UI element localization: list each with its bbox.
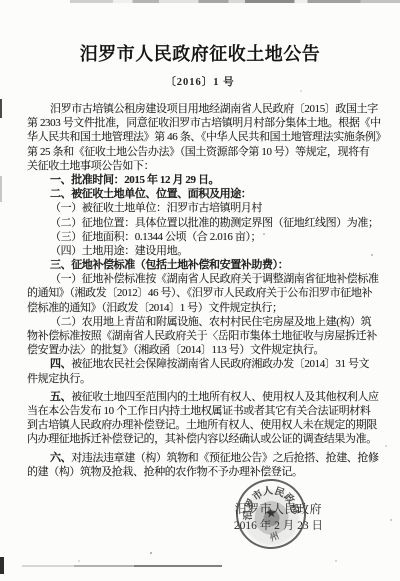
body-line: 当在本公告发布 10 个工作日内持土地权属证书或者其它有关合法证明材料 xyxy=(27,404,380,418)
body-line: （二）征地位置：具体位置以批准的勘测定界图（征地红线图）为准； xyxy=(27,216,380,230)
body-line: 的建（构）筑物及抢栽、抢种的农作物不予办理补偿登记。 xyxy=(27,465,380,479)
official-seal: 汨 罗 市 人 民 政 府 ★ 州 xyxy=(231,474,310,553)
seal-star-icon: ★ xyxy=(264,505,278,522)
section-heading-5: 五、被征收土地四至范围内的土地所有权人、使用权人及其他权利人应 xyxy=(27,390,380,404)
body-line: 偿标准的通知》（汨政发〔2014〕1 号）文件规定执行； xyxy=(27,301,380,315)
body-line: （二）农用地上青苗和附属设施、农村村民住宅房屋及地上建(构）筑 xyxy=(27,315,380,329)
body-line: 物补偿标准按照《湖南省人民政府关于〈岳阳市集体土地征收与房屋拆迁补 xyxy=(27,329,380,343)
scan-artifact-specks xyxy=(0,0,2,2)
scan-artifact-bottom-line xyxy=(22,565,222,567)
body-line: （一）被征收土地单位：汨罗市古培镇明月村 xyxy=(27,201,380,215)
body-line: （三）征地面积：0.1344 公顷（合 2.016 亩）； xyxy=(27,230,380,244)
scan-artifact-left-mark xyxy=(0,99,2,118)
section-heading-2: 二、被征收土地单位、位置、面积及用途： xyxy=(27,187,380,201)
section-heading-1: 一、批准时间：2015 年 12 月 29 日。 xyxy=(27,173,380,187)
scan-artifact-left-mark xyxy=(0,176,2,202)
body-line: 的通知》（湘政发〔2012〕46 号）、《汨罗市人民政府关于公布汨罗市征地补 xyxy=(27,286,380,300)
scan-artifact-left-mark xyxy=(0,557,4,574)
document-number: 〔2016〕1 号 xyxy=(0,74,400,89)
body-line: 内办理征地拆迁补偿登记的，其补偿内容以经确认或公证的调查结果为准。 xyxy=(27,432,380,446)
body-line: 第 25 条和《征收土地公告办法》（国土资源部令第 10 号）等规定，现将有 xyxy=(27,145,380,159)
body-line: 华人民共和国土地管理法》第 46 条、《中华人民共和国土地管理法实施条例》 xyxy=(27,130,380,144)
body-line: 件规定执行。 xyxy=(27,372,380,386)
section-heading-4: 四、被征地农民社会保障按湖南省人民政府湘政办发〔2014〕31 号文 xyxy=(27,357,380,371)
body-line: 到古培镇人民政府办理补偿登记。土地所有权人、使用权人未在规定的期限 xyxy=(27,418,380,432)
seal-bottom-char: 州 xyxy=(268,529,281,544)
body-line: 第 2303 号文件批准，同意征收汨罗市古培镇明月村部分集体土地。根据《中 xyxy=(27,116,380,130)
scan-artifact-top-band xyxy=(70,0,400,3)
body-line: 偿安置办法〉的批复》（湘政函〔2014〕113 号）文件规定执行。 xyxy=(27,343,380,357)
section-heading-6: 六、对违法违章建（构）筑物和《预征地公告》之后抢搭、抢建、抢修 xyxy=(27,451,380,465)
body-line: 汨罗市古培镇公租房建设项目用地经湖南省人民政府〔2015〕政国土字 xyxy=(27,102,380,116)
seal-arc-char: 府 xyxy=(287,502,300,515)
section-heading-3: 三、征地补偿标准（包括土地补偿和安置补助费）： xyxy=(27,258,380,272)
document-body: 汨罗市古培镇公租房建设项目用地经湖南省人民政府〔2015〕政国土字 第 2303… xyxy=(27,102,380,479)
body-line: 关征收土地事项公告如下： xyxy=(27,159,380,173)
body-line: （一）征地补偿标准按《湖南省人民政府关于调整湖南省征地补偿标准 xyxy=(27,272,380,286)
document-page: 汨罗市人民政府征收土地公告 〔2016〕1 号 汨罗市古培镇公租房建设项目用地经… xyxy=(0,0,400,581)
body-line: （四）土地用途：建设用地。 xyxy=(27,244,380,258)
document-title: 汨罗市人民政府征收土地公告 xyxy=(0,0,400,66)
